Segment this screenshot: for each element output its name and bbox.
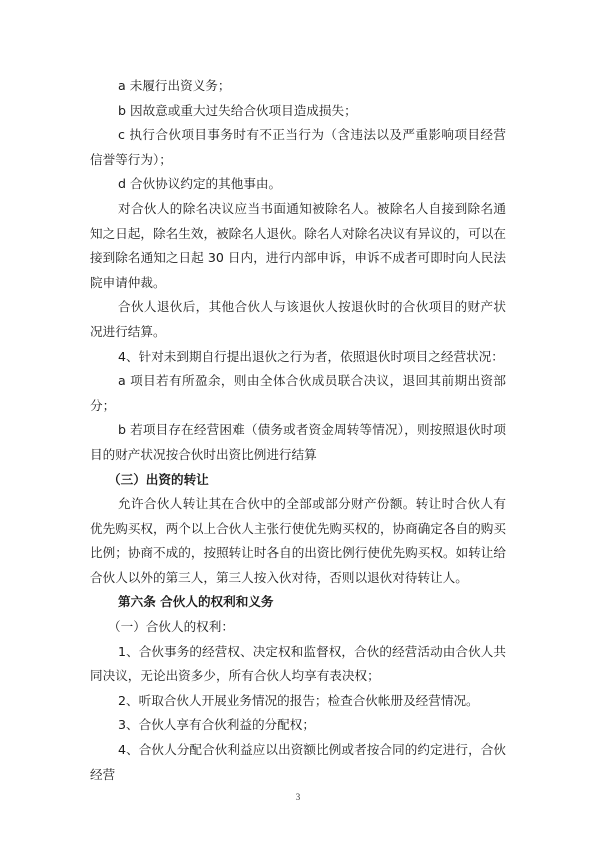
rights-item-2: 2、听取合伙人开展业务情况的报告；检查合伙帐册及经营情况。 bbox=[90, 689, 506, 714]
clause-item-c: c 执行合伙项目事务时有不正当行为（含违法以及严重影响项目经营信誉等行为）； bbox=[90, 123, 506, 172]
document-body: a 未履行出资义务； b 因故意或重大过失给合伙项目造成损失； c 执行合伙项目… bbox=[90, 74, 506, 787]
difficulty-item: b 若项目存在经营困难（债务或者资金周转等情况），则按照退伙时项目的财产状况按合… bbox=[90, 418, 506, 467]
rights-item-4: 4、合伙人分配合伙利益应以出资额比例或者按合同的约定进行，合伙经营 bbox=[90, 738, 506, 787]
document-page: a 未履行出资义务； b 因故意或重大过失给合伙项目造成损失； c 执行合伙项目… bbox=[0, 0, 596, 842]
section-heading-transfer: （三）出资的转让 bbox=[90, 468, 506, 493]
clause-item-d: d 合伙协议约定的其他事由。 bbox=[90, 172, 506, 197]
article-heading-rights: 第六条 合伙人的权利和义务 bbox=[90, 590, 506, 615]
subsection-heading-rights: （一）合伙人的权利： bbox=[90, 615, 506, 640]
expulsion-notice-paragraph: 对合伙人的除名决议应当书面通知被除名人。被除名人自接到除名通知之日起，除名生效，… bbox=[90, 197, 506, 295]
early-withdrawal-paragraph: 4、针对未到期自行提出退伙之行为者，依照退伙时项目之经营状况： bbox=[90, 345, 506, 370]
clause-item-b: b 因故意或重大过失给合伙项目造成损失； bbox=[90, 99, 506, 124]
transfer-paragraph: 允许合伙人转让其在合伙中的全部或部分财产份额。转让时合伙人有优先购买权，两个以上… bbox=[90, 492, 506, 590]
rights-item-1: 1、合伙事务的经营权、决定权和监督权，合伙的经营活动由合伙人共同决议，无论出资多… bbox=[90, 640, 506, 689]
surplus-item: a 项目若有所盈余，则由全体合伙成员联合决议，退回其前期出资部分； bbox=[90, 369, 506, 418]
settlement-paragraph: 合伙人退伙后，其他合伙人与该退伙人按退伙时的合伙项目的财产状况进行结算。 bbox=[90, 295, 506, 344]
clause-item-a: a 未履行出资义务； bbox=[90, 74, 506, 99]
rights-item-3: 3、合伙人享有合伙利益的分配权； bbox=[90, 713, 506, 738]
page-number: 3 bbox=[0, 792, 596, 802]
